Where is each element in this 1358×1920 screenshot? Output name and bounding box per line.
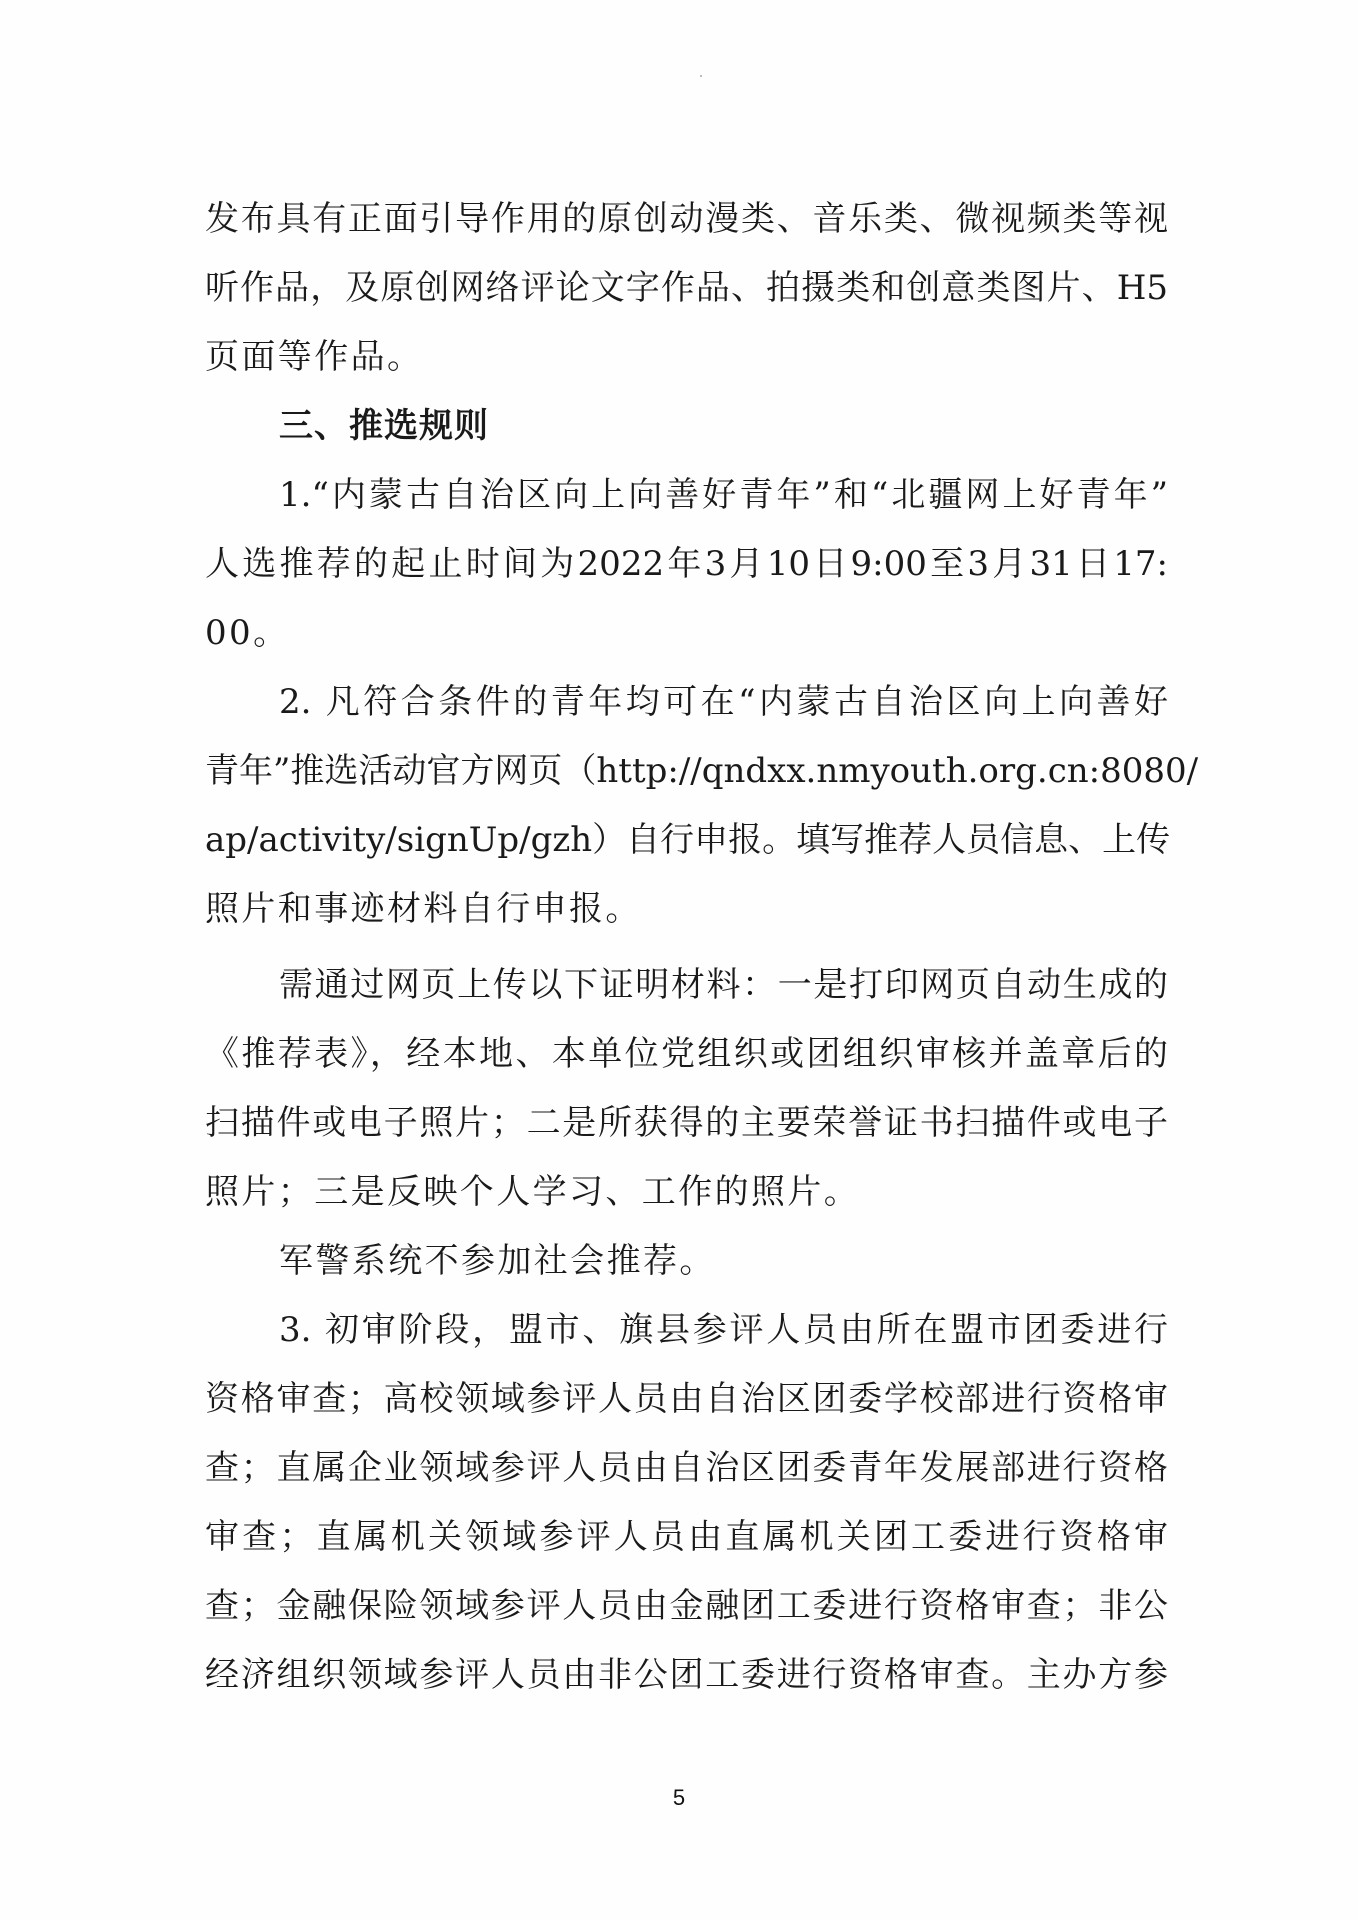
rule-2-line-url: ap/activity/signUp/gzh）自行申报。填写推荐人员信息、上传 xyxy=(205,817,1168,863)
materials-line: 照片；三是反映个人学习、工作的照片。 xyxy=(205,1169,1168,1215)
rule-3-line: 资格审查；高校领域参评人员由自治区团委学校部进行资格审 xyxy=(205,1376,1168,1422)
rule-2-line: 照片和事迹材料自行申报。 xyxy=(205,886,1168,932)
paragraph-line: 发布具有正面引导作用的原创动漫类、音乐类、微视频类等视 xyxy=(205,196,1168,242)
rule-3-line: 查；金融保险领域参评人员由金融团工委进行资格审查；非公 xyxy=(205,1583,1168,1629)
rule-3-line: 查；直属企业领域参评人员由自治区团委青年发展部进行资格 xyxy=(205,1445,1168,1491)
rule-3-line: 经济组织领域参评人员由非公团工委进行资格审查。主办方参 xyxy=(205,1652,1168,1698)
materials-line: 需通过网页上传以下证明材料：一是打印网页自动生成的 xyxy=(279,962,1168,1008)
section-heading: 三、推选规则 xyxy=(279,403,1168,449)
rule-1-line: 1.“内蒙古自治区向上向善好青年”和“北疆网上好青年” xyxy=(279,472,1168,518)
paragraph-line: 听作品，及原创网络评论文字作品、拍摄类和创意类图片、H5 xyxy=(205,265,1168,311)
rule-1-line: 00。 xyxy=(205,610,1168,656)
rule-2-line: 2. 凡符合条件的青年均可在“内蒙古自治区向上向善好 xyxy=(279,679,1168,725)
rule-1-line: 人选推荐的起止时间为2022年3月10日9:00至3月31日17: xyxy=(205,541,1168,587)
rule-2-line-url: 青年”推选活动官方网页（http://qndxx.nmyouth.org.cn:… xyxy=(205,748,1168,794)
materials-line: 扫描件或电子照片；二是所获得的主要荣誉证书扫描件或电子 xyxy=(205,1100,1168,1146)
rule-3-line: 3. 初审阶段，盟市、旗县参评人员由所在盟市团委进行 xyxy=(279,1307,1168,1353)
page-number: 5 xyxy=(0,1785,1358,1811)
rule-3-line: 审查；直属机关领域参评人员由直属机关团工委进行资格审 xyxy=(205,1514,1168,1560)
paragraph-line: 页面等作品。 xyxy=(205,334,1168,380)
document-page: 发布具有正面引导作用的原创动漫类、音乐类、微视频类等视 听作品，及原创网络评论文… xyxy=(0,0,1358,1920)
military-note: 军警系统不参加社会推荐。 xyxy=(279,1238,1168,1284)
scan-speck xyxy=(700,75,702,77)
materials-line: 《推荐表》，经本地、本单位党组织或团组织审核并盖章后的 xyxy=(205,1031,1168,1077)
